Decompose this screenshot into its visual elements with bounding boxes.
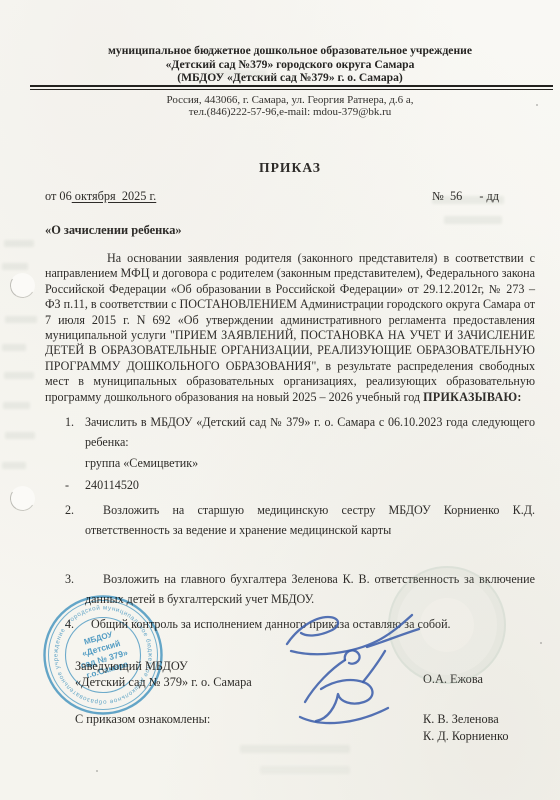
scanned-order-document: муниципальное бюджетное дошкольное образ… [0, 0, 560, 800]
ack-name-1: К. В. Зеленова [423, 711, 508, 728]
address-line-2: тел.(846)222-57-96,e-mail: mdou-379@bk.r… [45, 106, 535, 119]
item-text: 240114520 [85, 478, 139, 492]
order-date: от 06 октября 2025 г. [45, 189, 156, 204]
item-number: 1. [65, 413, 85, 433]
order-item-1: 1.Зачислить в МБДОУ «Детский сад № 379» … [45, 413, 535, 452]
bleed-artifact [3, 402, 30, 409]
item-text: группа «Семицветик» [85, 456, 198, 470]
bleed-artifact [5, 316, 37, 323]
scan-speck [540, 642, 542, 644]
organization-address-block: Россия, 443066, г. Самара, ул. Георгия Р… [45, 94, 535, 119]
order-item-child-id: -240114520 [45, 476, 535, 496]
item-number: - [65, 476, 85, 496]
bleed-artifact [2, 263, 28, 270]
org-line-2: «Детский сад №379» городского округа Сам… [45, 58, 535, 72]
bleed-artifact [5, 432, 35, 439]
order-item-group: группа «Семицветик» [45, 454, 535, 474]
hole-punch [8, 271, 38, 301]
official-round-stamp-icon: муниципальное бюджетное дошкольное образ… [41, 593, 165, 717]
address-line-1: Россия, 443066, г. Самара, ул. Георгия Р… [45, 94, 535, 107]
order-body-text: На основании заявления родителя (законно… [45, 251, 535, 404]
order-number: № 56- дд [432, 189, 499, 204]
order-body-paragraph: На основании заявления родителя (законно… [45, 251, 535, 405]
item-number: 2. [65, 501, 103, 521]
order-date-prefix: от 06 [45, 189, 72, 203]
bleed-artifact [4, 240, 34, 247]
bleed-artifact [2, 344, 26, 351]
date-number-row: от 06 октября 2025 г. № 56- дд [45, 189, 535, 204]
stamp-center-text: МБДОУ «Детский сад № 379» г.о.Самара [74, 627, 132, 681]
order-item-2: 2.Возложить на старшую медицинскую сестр… [45, 501, 535, 540]
ack-name-2: К. Д. Корниенко [423, 728, 508, 745]
bleed-artifact [4, 372, 34, 379]
item-text: Зачислить в МБДОУ «Детский сад № 379» г.… [85, 415, 535, 449]
resolution-word: ПРИКАЗЫВАЮ: [423, 390, 522, 404]
ghost-stamp-artifact [388, 566, 506, 684]
organization-name-block: муниципальное бюджетное дошкольное образ… [45, 44, 535, 85]
order-date-value: октября 2025 г. [72, 189, 157, 203]
bleed-artifact [2, 462, 26, 469]
org-line-3: (МБДОУ «Детский сад №379» г. о. Самара) [45, 71, 535, 85]
order-number-suffix: - дд [479, 189, 499, 203]
scan-speck [536, 104, 538, 106]
org-line-1: муниципальное бюджетное дошкольное образ… [45, 44, 535, 58]
item-text: Возложить на старшую медицинскую сестру … [85, 503, 535, 537]
order-number-value: № 56 [432, 189, 462, 203]
document-title: ПРИКАЗ [45, 160, 535, 176]
hole-punch [8, 484, 38, 514]
order-subject: «О зачислении ребенка» [45, 223, 535, 238]
item-number: 3. [65, 570, 103, 590]
